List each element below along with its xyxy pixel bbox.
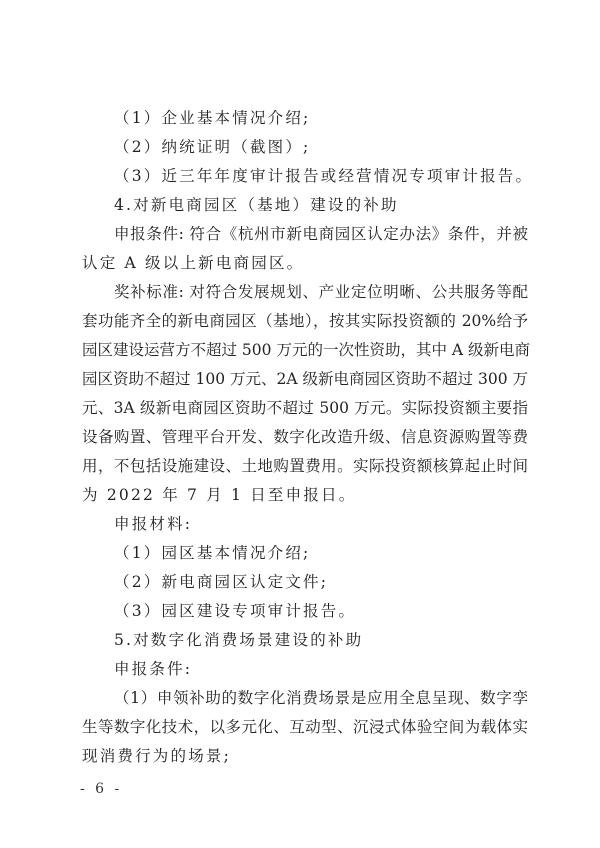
paragraph-line: 申报条件: 符合《杭州市新电商园区认定办法》条件，并被 — [82, 220, 528, 249]
page-number: - 6 - — [80, 781, 122, 797]
paragraph-line: 为 2022 年 7 月 1 日至申报日。 — [82, 481, 528, 510]
materials-label: 申报材料: — [82, 510, 528, 539]
list-item-tax-proof: （2）纳统证明（截图）; — [82, 133, 528, 162]
list-item-company-intro: （1）企业基本情况介绍; — [82, 104, 528, 133]
paragraph-line: 套功能齐全的新电商园区（基地），按其实际投资额的 20%给予 — [82, 307, 528, 336]
list-item-park-certification: （2）新电商园区认定文件; — [82, 568, 528, 597]
paragraph-line: 园区建设运营方不超过 500 万元的一次性资助，其中 A 级新电商 — [82, 336, 528, 365]
list-item-park-intro: （1）园区基本情况介绍; — [82, 539, 528, 568]
paragraph-line: 用，不包括设施建设、土地购置费用。实际投资额核算起止时间 — [82, 452, 528, 481]
paragraph-line: 园区资助不超过 100 万元、2A 级新电商园区资助不超过 300 万 — [82, 365, 528, 394]
section-heading-5: 5.对数字化消费场景建设的补助 — [82, 626, 528, 655]
paragraph-line: 设备购置、管理平台开发、数字化改造升级、信息资源购置等费 — [82, 423, 528, 452]
paragraph-line: 奖补标准: 对符合发展规划、产业定位明晰、公共服务等配 — [82, 278, 528, 307]
paragraph-line: （1）申领补助的数字化消费场景是应用全息呈现、数字孪 — [82, 684, 528, 713]
conditions-label: 申报条件: — [82, 655, 528, 684]
paragraph-line: 现消费行为的场景; — [82, 742, 528, 771]
paragraph-line: 认定 A 级以上新电商园区。 — [82, 249, 528, 278]
paragraph-line: 生等数字化技术，以多元化、互动型、沉浸式体验空间为载体实 — [82, 713, 528, 742]
list-item-park-audit: （3）园区建设专项审计报告。 — [82, 597, 528, 626]
document-page: （1）企业基本情况介绍; （2）纳统证明（截图）; （3）近三年年度审计报告或经… — [82, 104, 528, 771]
list-item-audit-report: （3）近三年年度审计报告或经营情况专项审计报告。 — [82, 162, 528, 191]
section-heading-4: 4.对新电商园区（基地）建设的补助 — [82, 191, 528, 220]
paragraph-line: 元、3A 级新电商园区资助不超过 500 万元。实际投资额主要指 — [82, 394, 528, 423]
